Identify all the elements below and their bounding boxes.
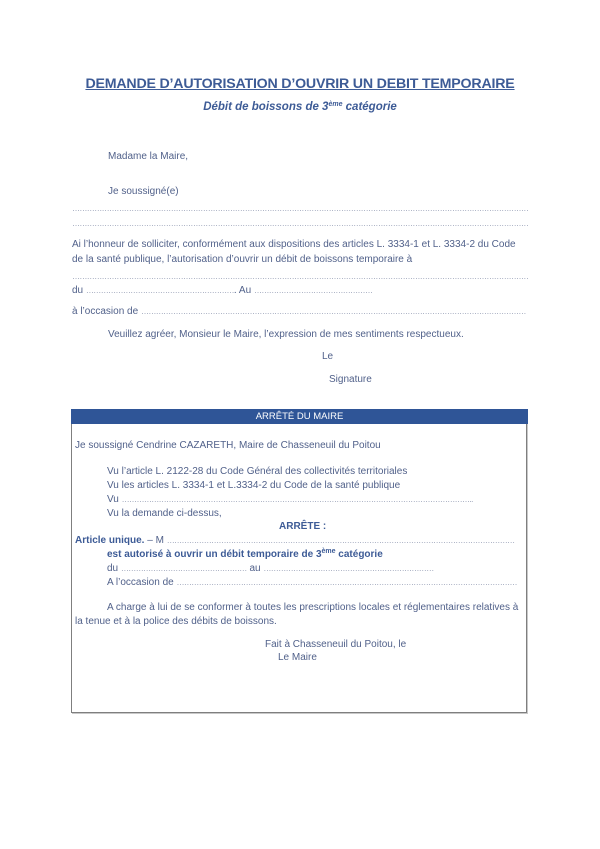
legal-ref-2: Vu les articles L. 3334-1 et L.3334-2 du… <box>107 480 400 491</box>
mayor-signature-label: Le Maire <box>278 652 317 663</box>
legal-ref-3-field[interactable]: …………………………………………………………………………………………………………… <box>122 495 473 504</box>
decree-from-field[interactable]: …………………………………………… <box>121 564 247 573</box>
legal-ref-4: Vu la demande ci-dessus, <box>107 508 222 519</box>
article-label: Article unique. <box>75 535 144 546</box>
date-range-row: du ……………………………………………………. Au ………………………………… <box>72 285 372 296</box>
arrete-heading: ARRÊTE : <box>279 521 326 532</box>
signature-label: Signature <box>329 374 372 385</box>
decree-to-label: au <box>250 563 261 574</box>
undersigned-label: Je soussigné(e) <box>108 186 179 197</box>
mayor-decree-box <box>71 409 527 713</box>
closing-formula: Veuillez agréer, Monsieur le Maire, l’ex… <box>108 329 464 340</box>
occasion-label: à l’occasion de <box>72 306 138 317</box>
decree-from-label: du <box>107 563 118 574</box>
to-label: . Au <box>234 285 251 296</box>
location-field[interactable]: …………………………………………………………………………………………………………… <box>72 272 528 281</box>
decree-occasion-field[interactable]: …………………………………………………………………………………………………………… <box>177 578 517 587</box>
decree-to-field[interactable]: …………………………………………………………… <box>263 564 433 573</box>
to-date-field[interactable]: ………………………………………… <box>254 286 372 295</box>
legal-ref-1: Vu l’article L. 2122-28 du Code Général … <box>107 466 407 477</box>
date-label: Le <box>322 351 333 362</box>
name-field-line-1[interactable]: …………………………………………………………………………………………………………… <box>72 204 528 213</box>
decree-header: ARRÊTÉ DU MAIRE <box>71 409 528 424</box>
legal-ref-3-row: Vu …………………………………………………………………………………………………… <box>107 494 517 505</box>
legal-ref-3-label: Vu <box>107 494 119 505</box>
decree-date-row: du …………………………………………… au …………………………………………… <box>107 563 434 574</box>
mayor-undersigned: Je soussigné Cendrine CAZARETH, Maire de… <box>75 440 381 451</box>
occasion-row: à l’occasion de ………………………………………………………………… <box>72 306 528 317</box>
article-recipient-field[interactable]: …………………………………………………………………………………………………………… <box>167 536 515 545</box>
authorization-statement: est autorisé à ouvrir un débit temporair… <box>107 549 383 560</box>
from-label: du <box>72 285 83 296</box>
request-body-line-1: Ai l’honneur de solliciter, conformément… <box>72 239 516 250</box>
document-title: DEMANDE D’AUTORISATION D’OUVRIR UN DEBIT… <box>0 76 600 92</box>
request-body-line-2: de la santé publique, l’autorisation d’o… <box>72 254 412 265</box>
article-row: Article unique. – M ……………………………………………………… <box>75 535 515 546</box>
obligation-line-2: la tenue et à la police des débits de bo… <box>75 616 277 627</box>
occasion-field[interactable]: …………………………………………………………………………………………………………… <box>141 307 526 316</box>
name-field-line-2[interactable]: …………………………………………………………………………………………………………… <box>72 219 528 228</box>
article-recipient-label: – M <box>144 535 163 546</box>
decree-occasion-row: A l’occasion de ………………………………………………………………… <box>107 577 521 588</box>
decree-occasion-label: A l’occasion de <box>107 577 174 588</box>
done-at: Fait à Chasseneuil du Poitou, le <box>265 639 406 650</box>
salutation: Madame la Maire, <box>108 151 188 162</box>
from-date-field[interactable]: …………………………………………………… <box>86 286 234 295</box>
document-subtitle: Débit de boissons de 3ème catégorie <box>0 101 600 113</box>
obligation-line-1: A charge à lui de se conformer à toutes … <box>107 602 518 613</box>
